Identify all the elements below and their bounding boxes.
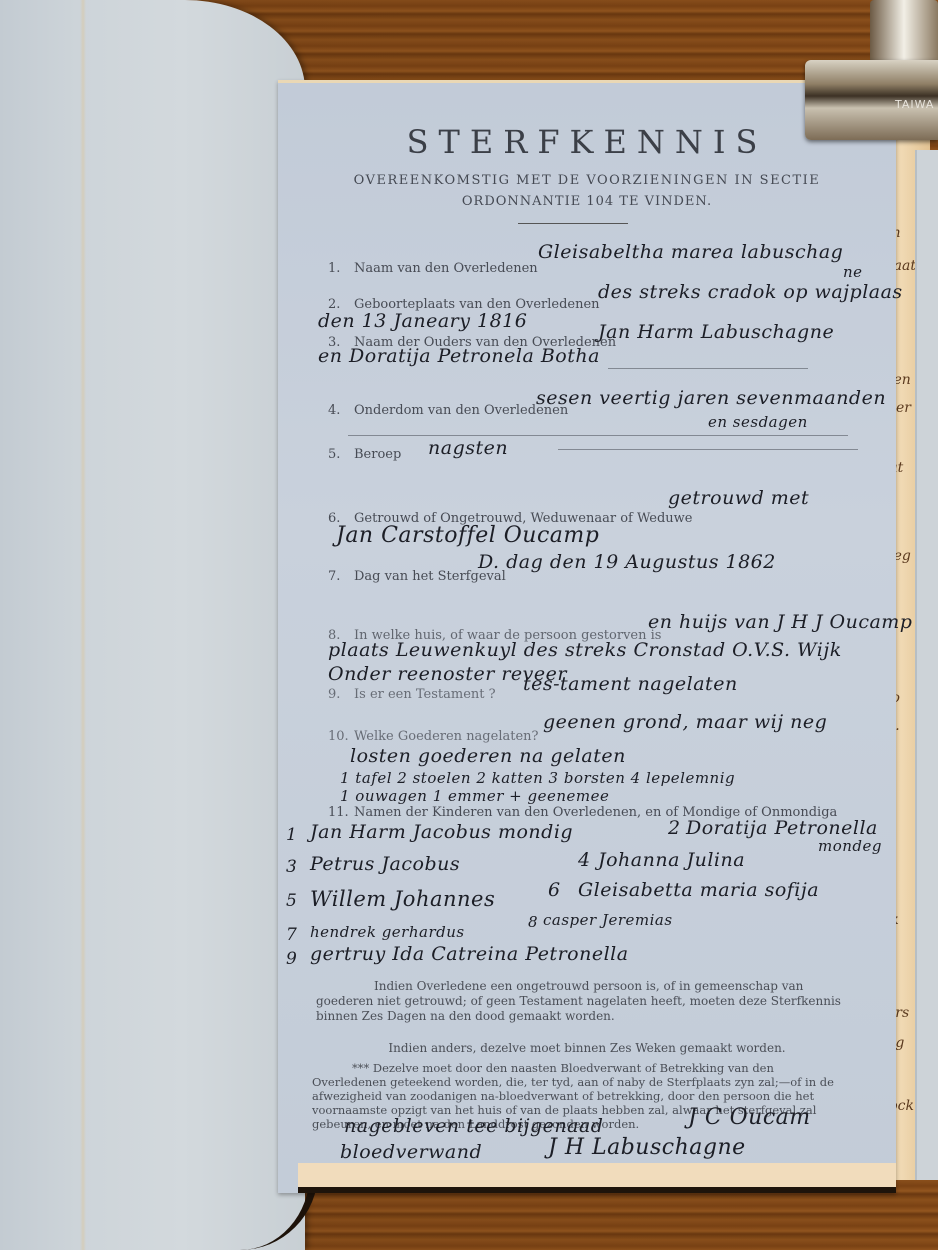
field-6-value: getrouwd met xyxy=(668,487,809,509)
child-name: casper Jeremias xyxy=(543,911,673,929)
field-2-value-cont: den 13 Janeary 1816 xyxy=(318,310,527,332)
child-name: gertruy Ida Catreina Petronella xyxy=(310,943,629,965)
child-number: 7 xyxy=(286,925,297,945)
notice-unmarried: Indien Overledene een ongetrouwd persoon… xyxy=(316,979,848,1024)
underlying-blue-sheet xyxy=(915,150,938,1180)
child-number: 1 xyxy=(286,825,297,845)
child-name: Petrus Jacobus xyxy=(310,853,460,875)
field-5-label: 5.Beroep xyxy=(328,447,401,462)
signature-2: J H Labuschagne xyxy=(548,1135,746,1160)
child-name: Johanna Julina xyxy=(598,849,745,871)
field-8-value: en huijs van J H J Oucamp xyxy=(648,611,912,633)
signature-caption-1: nagebleven tee bijgenaad xyxy=(344,1115,603,1137)
notice-otherwise: Indien anders, dezelve moet binnen Zes W… xyxy=(278,1041,896,1056)
field-9-value: tes-tament nagelaten xyxy=(523,673,738,695)
death-notice-form: STERFKENNIS OVEREENKOMSTIG MET DE VOORZI… xyxy=(278,80,896,1193)
field-1-value: Gleisabeltha marea labuschag xyxy=(538,241,843,263)
child-number: 8 xyxy=(528,913,538,931)
page-fold xyxy=(80,0,86,1250)
rule xyxy=(348,435,848,436)
field-9-label: 9.Is er een Testament ? xyxy=(328,687,496,702)
child-number: 6 xyxy=(548,879,561,901)
field-4-value: sesen veertig jaren sevenmaanden xyxy=(536,387,886,409)
clip-brand-label: TAIWA xyxy=(895,98,934,111)
field-2-value: des streks cradok op wajplaas xyxy=(598,281,903,303)
form-torn-edge xyxy=(298,1163,896,1193)
child-name: Doratija Petronella xyxy=(686,817,878,839)
field-3-value-cont: en Doratija Petronela Botha xyxy=(318,345,600,367)
field-7-value: D. dag den 19 Augustus 1862 xyxy=(478,551,776,573)
field-1-value-cont: ne xyxy=(843,263,863,281)
child-name: hendrek gerhardus xyxy=(310,923,465,941)
ornament-divider xyxy=(518,223,628,225)
field-3-value: Jan Harm Labuschagne xyxy=(598,321,834,343)
child-number: 3 xyxy=(286,857,297,877)
child-name: Gleisabetta maria sofija xyxy=(578,879,819,901)
signature-caption-2: bloedverwand xyxy=(340,1141,482,1163)
field-10-value-cont3: 1 ouwagen 1 emmer + geenemee xyxy=(340,787,609,805)
field-1-label: 1.Naam van den Overledenen xyxy=(328,261,538,276)
child-number: 2 xyxy=(668,817,681,839)
rule xyxy=(608,368,808,369)
child-number: 5 xyxy=(286,891,297,911)
child-note: mondeg xyxy=(818,837,882,855)
field-10-value-cont2: 1 tafel 2 stoelen 2 katten 3 borsten 4 l… xyxy=(340,769,735,787)
field-10-label: 10.Welke Goederen nagelaten? xyxy=(328,729,539,744)
field-6-value-cont: Jan Carstoffel Oucamp xyxy=(336,523,599,548)
child-number: 4 xyxy=(578,849,591,871)
form-title: STERFKENNIS xyxy=(278,123,896,161)
child-number: 9 xyxy=(286,949,297,969)
field-4-label: 4.Onderdom van den Overledenen xyxy=(328,403,568,418)
child-name: Jan Harm Jacobus mondig xyxy=(310,821,573,843)
left-book-page xyxy=(0,0,305,1250)
form-subtitle-2: ORDONNANTIE 104 TE VINDEN. xyxy=(278,194,896,209)
child-name: Willem Johannes xyxy=(310,887,495,911)
field-10-value: geenen grond, maar wij neg xyxy=(543,711,827,733)
field-10-value-cont: losten goederen na gelaten xyxy=(350,745,626,767)
field-8-value-cont: plaats Leuwenkuyl des streks Cronstad O.… xyxy=(328,639,842,661)
field-4-value-cont: en sesdagen xyxy=(708,413,808,431)
rule xyxy=(558,449,858,450)
form-subtitle-1: OVEREENKOMSTIG MET DE VOORZIENINGEN IN S… xyxy=(318,173,856,188)
field-5-value: nagsten xyxy=(428,437,508,459)
signature-1: J C Oucam xyxy=(688,1105,811,1130)
